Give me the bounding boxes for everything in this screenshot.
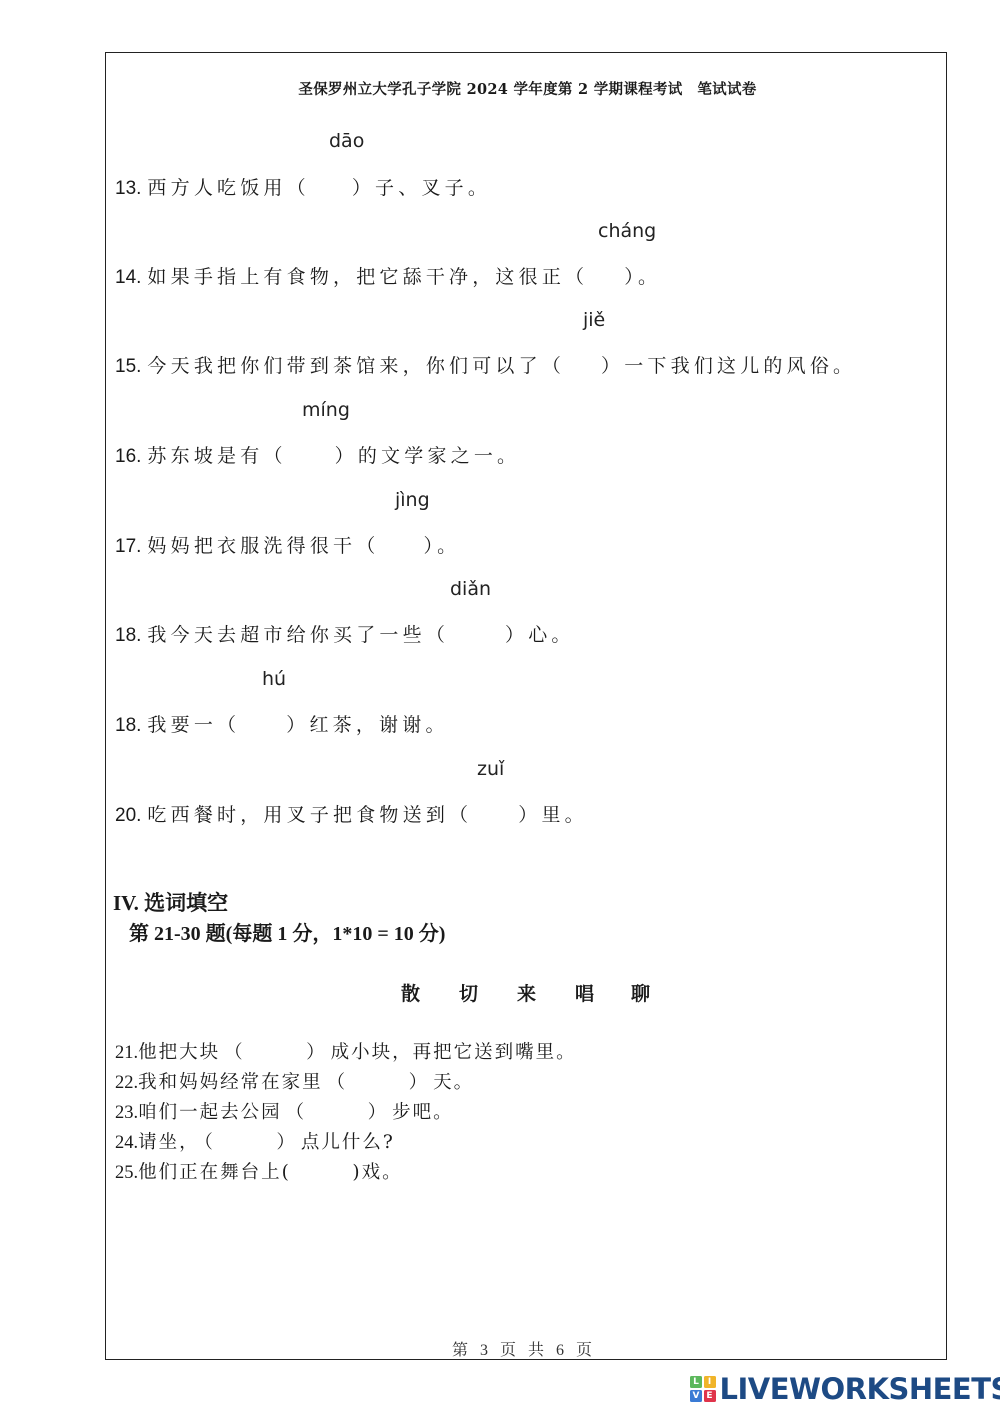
section-subheading: 第 21-30 题(每题 1 分，1*10 = 10 分)	[129, 917, 445, 946]
answer-blank[interactable]: （ ）	[204, 1132, 297, 1153]
pinyin-hint: hú	[262, 668, 286, 690]
fill-item: 25.他们正在舞台上( )戏。	[115, 1158, 403, 1184]
exam-header-title: 圣保罗州立大学孔子学院 2024 学年度第 2 学期课程考试 笔试试卷	[0, 78, 1000, 99]
question-text-after: 一下我们这儿的风俗。	[624, 355, 856, 377]
logo-text: LIVEWORKSHEETS	[720, 1372, 1000, 1406]
question-text-after: 里。	[541, 804, 587, 826]
pinyin-hint: zuǐ	[477, 758, 504, 780]
close-paren: ）	[335, 445, 358, 467]
item-text-after: 天。	[433, 1072, 474, 1093]
question-text-after: 红茶，谢谢。	[309, 714, 448, 736]
fill-item: 23.咱们一起去公园（ ）步吧。	[115, 1098, 454, 1124]
item-text-after: 步吧。	[392, 1102, 454, 1123]
question-text-after: 的文学家之一。	[358, 445, 520, 467]
question-text-after: 子、叉子。	[375, 177, 491, 199]
close-paren: ）	[352, 177, 375, 199]
badge-letter: L	[690, 1376, 702, 1388]
close-paren: ）	[505, 624, 528, 646]
badge-letter: E	[704, 1390, 716, 1402]
open-paren: （	[217, 714, 240, 736]
item-text-before: 他们正在舞台上	[138, 1162, 282, 1183]
question-number: 13.	[115, 178, 141, 199]
item-text-before: 他把大块	[138, 1042, 220, 1063]
liveworksheets-logo[interactable]: L I V E LIVEWORKSHEETS	[690, 1372, 1000, 1406]
question-number: 18.	[115, 715, 141, 736]
word-bank: 散 切 来 唱 聊	[0, 979, 1000, 1005]
question-text-before: 苏东坡是有	[147, 445, 263, 467]
question-text-after: 。	[437, 535, 460, 557]
question-number: 16.	[115, 446, 141, 467]
question-text-before: 如果手指上有食物，把它舔干净，这很正	[147, 266, 565, 288]
item-number: 23.	[115, 1103, 138, 1123]
question-text-after: 。	[638, 266, 661, 288]
close-paren: ）	[286, 714, 309, 736]
question-number: 15.	[115, 356, 141, 377]
fill-item: 22.我和妈妈经常在家里（ ）天。	[115, 1068, 474, 1094]
fill-item: 24.请坐，（ ）点儿什么?	[115, 1128, 395, 1154]
pinyin-hint: cháng	[598, 220, 656, 242]
question-text-before: 西方人吃饭用	[147, 177, 286, 199]
open-paren: （	[263, 445, 286, 467]
question-text-after: 心。	[528, 624, 574, 646]
answer-blank[interactable]: ( )	[282, 1162, 362, 1183]
question-number: 20.	[115, 805, 141, 826]
question-row: 17.妈妈把衣服洗得很干（）。	[115, 531, 460, 558]
question-text-before: 吃西餐时，用叉子把食物送到	[147, 804, 449, 826]
question-row: 14.如果手指上有食物，把它舔干净，这很正（）。	[115, 262, 661, 289]
open-paren: （	[449, 804, 472, 826]
question-row: 18.我要一（）红茶，谢谢。	[115, 710, 449, 737]
word-bank-item: 来	[517, 979, 536, 1006]
open-paren: （	[287, 177, 310, 199]
item-text-after: 戏。	[362, 1162, 403, 1183]
item-text-before: 咱们一起去公园	[138, 1102, 282, 1123]
item-text-after: 点儿什么?	[301, 1132, 395, 1153]
pinyin-hint: míng	[302, 399, 350, 421]
question-text-before: 我要一	[147, 714, 217, 736]
open-paren: （	[565, 266, 588, 288]
section-heading: IV. 选词填空	[113, 887, 228, 917]
page-number: 第 3 页 共 6 页	[452, 1337, 593, 1360]
question-row: 13.西方人吃饭用（）子、叉子。	[115, 173, 491, 200]
pinyin-hint: dāo	[329, 130, 364, 152]
open-paren: （	[356, 535, 379, 557]
word-bank-item: 切	[459, 979, 478, 1006]
item-text-after: 成小块，再把它送到嘴里。	[331, 1042, 577, 1063]
open-paren: （	[542, 355, 565, 377]
word-bank-item: 散	[401, 979, 420, 1006]
question-number: 18.	[115, 625, 141, 646]
question-row: 15.今天我把你们带到茶馆来，你们可以了（）一下我们这儿的风俗。	[115, 351, 856, 378]
question-row: 16.苏东坡是有（）的文学家之一。	[115, 441, 520, 468]
close-paren: ）	[518, 804, 541, 826]
item-number: 22.	[115, 1073, 138, 1093]
answer-blank[interactable]: （ ）	[286, 1102, 389, 1123]
close-paren: ）	[624, 266, 638, 288]
item-text-before: 请坐，	[138, 1132, 200, 1153]
close-paren: ）	[601, 355, 624, 377]
live-badge-icon: L I V E	[690, 1376, 716, 1402]
badge-letter: I	[704, 1376, 716, 1388]
question-number: 17.	[115, 536, 141, 557]
answer-blank[interactable]: （ ）	[224, 1042, 327, 1063]
close-paren: ）	[423, 535, 437, 557]
question-number: 14.	[115, 267, 141, 288]
question-row: 18.我今天去超市给你买了一些（）心。	[115, 620, 575, 647]
word-bank-item: 唱	[575, 979, 594, 1006]
open-paren: （	[426, 624, 449, 646]
word-bank-item: 聊	[631, 979, 650, 1006]
fill-item: 21.他把大块（ ）成小块，再把它送到嘴里。	[115, 1038, 577, 1064]
item-number: 24.	[115, 1133, 138, 1153]
badge-letter: V	[690, 1390, 702, 1402]
question-text-before: 妈妈把衣服洗得很干	[147, 535, 356, 557]
item-number: 21.	[115, 1043, 138, 1063]
pinyin-hint: jiě	[583, 309, 605, 331]
item-number: 25.	[115, 1163, 138, 1183]
pinyin-hint: jìng	[395, 489, 430, 511]
question-text-before: 今天我把你们带到茶馆来，你们可以了	[147, 355, 541, 377]
question-row: 20.吃西餐时，用叉子把食物送到（）里。	[115, 800, 588, 827]
answer-blank[interactable]: （ ）	[327, 1072, 430, 1093]
question-text-before: 我今天去超市给你买了一些	[147, 624, 425, 646]
pinyin-hint: diǎn	[450, 578, 491, 600]
item-text-before: 我和妈妈经常在家里	[138, 1072, 323, 1093]
